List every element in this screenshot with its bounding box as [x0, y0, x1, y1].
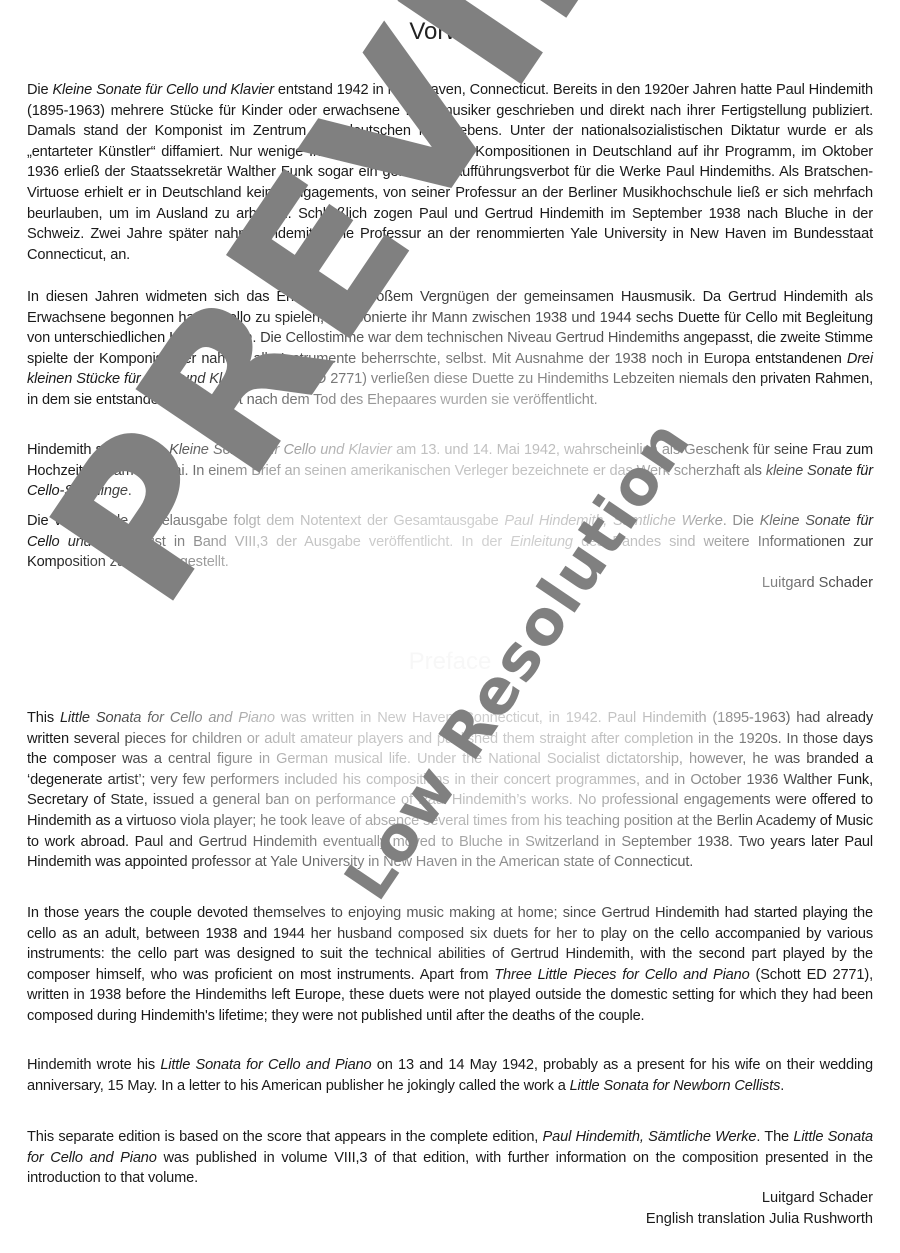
- introduction-label: Einleitung: [510, 534, 573, 550]
- edition-title: Paul Hindemith, Sämtliche Werke: [543, 1129, 757, 1145]
- document-page: Vorwort Die Kleine Sonate für Cello und …: [0, 0, 900, 1253]
- work-nickname: Little Sonata for Newborn Cellists: [570, 1078, 781, 1094]
- work-title: Kleine Sonate für Cello und Klavier: [169, 442, 392, 458]
- english-signature: Luitgard Schader: [762, 1188, 873, 1209]
- edition-title: Paul Hindemith, Sämtliche Werke: [504, 513, 722, 529]
- german-paragraph-2: In diesen Jahren widmeten sich das Ehepa…: [27, 287, 873, 411]
- german-signature: Luitgard Schader: [762, 573, 873, 594]
- page-title-german: Vorwort: [0, 18, 900, 46]
- german-paragraph-4: Die vorliegende Einzelausgabe folgt dem …: [27, 511, 873, 573]
- translator-credit: English translation Julia Rushworth: [646, 1209, 873, 1230]
- english-paragraph-4: This separate edition is based on the sc…: [27, 1127, 873, 1189]
- english-paragraph-2: In those years the couple devoted themse…: [27, 903, 873, 1027]
- work-title: Three Little Pieces for Cello and Piano: [494, 967, 749, 983]
- work-title: Little Sonata for Cello and Piano: [60, 710, 275, 726]
- english-paragraph-3: Hindemith wrote his Little Sonata for Ce…: [27, 1055, 873, 1096]
- german-paragraph-3: Hindemith schrieb die Kleine Sonate für …: [27, 440, 873, 502]
- work-title: Little Sonata for Cello and Piano: [160, 1057, 371, 1073]
- work-title: Kleine Sonate für Cello und Klavier: [52, 82, 273, 98]
- english-paragraph-1: This Little Sonata for Cello and Piano w…: [27, 708, 873, 873]
- german-paragraph-1: Die Kleine Sonate für Cello und Klavier …: [27, 80, 873, 265]
- page-title-english: Preface: [0, 648, 900, 676]
